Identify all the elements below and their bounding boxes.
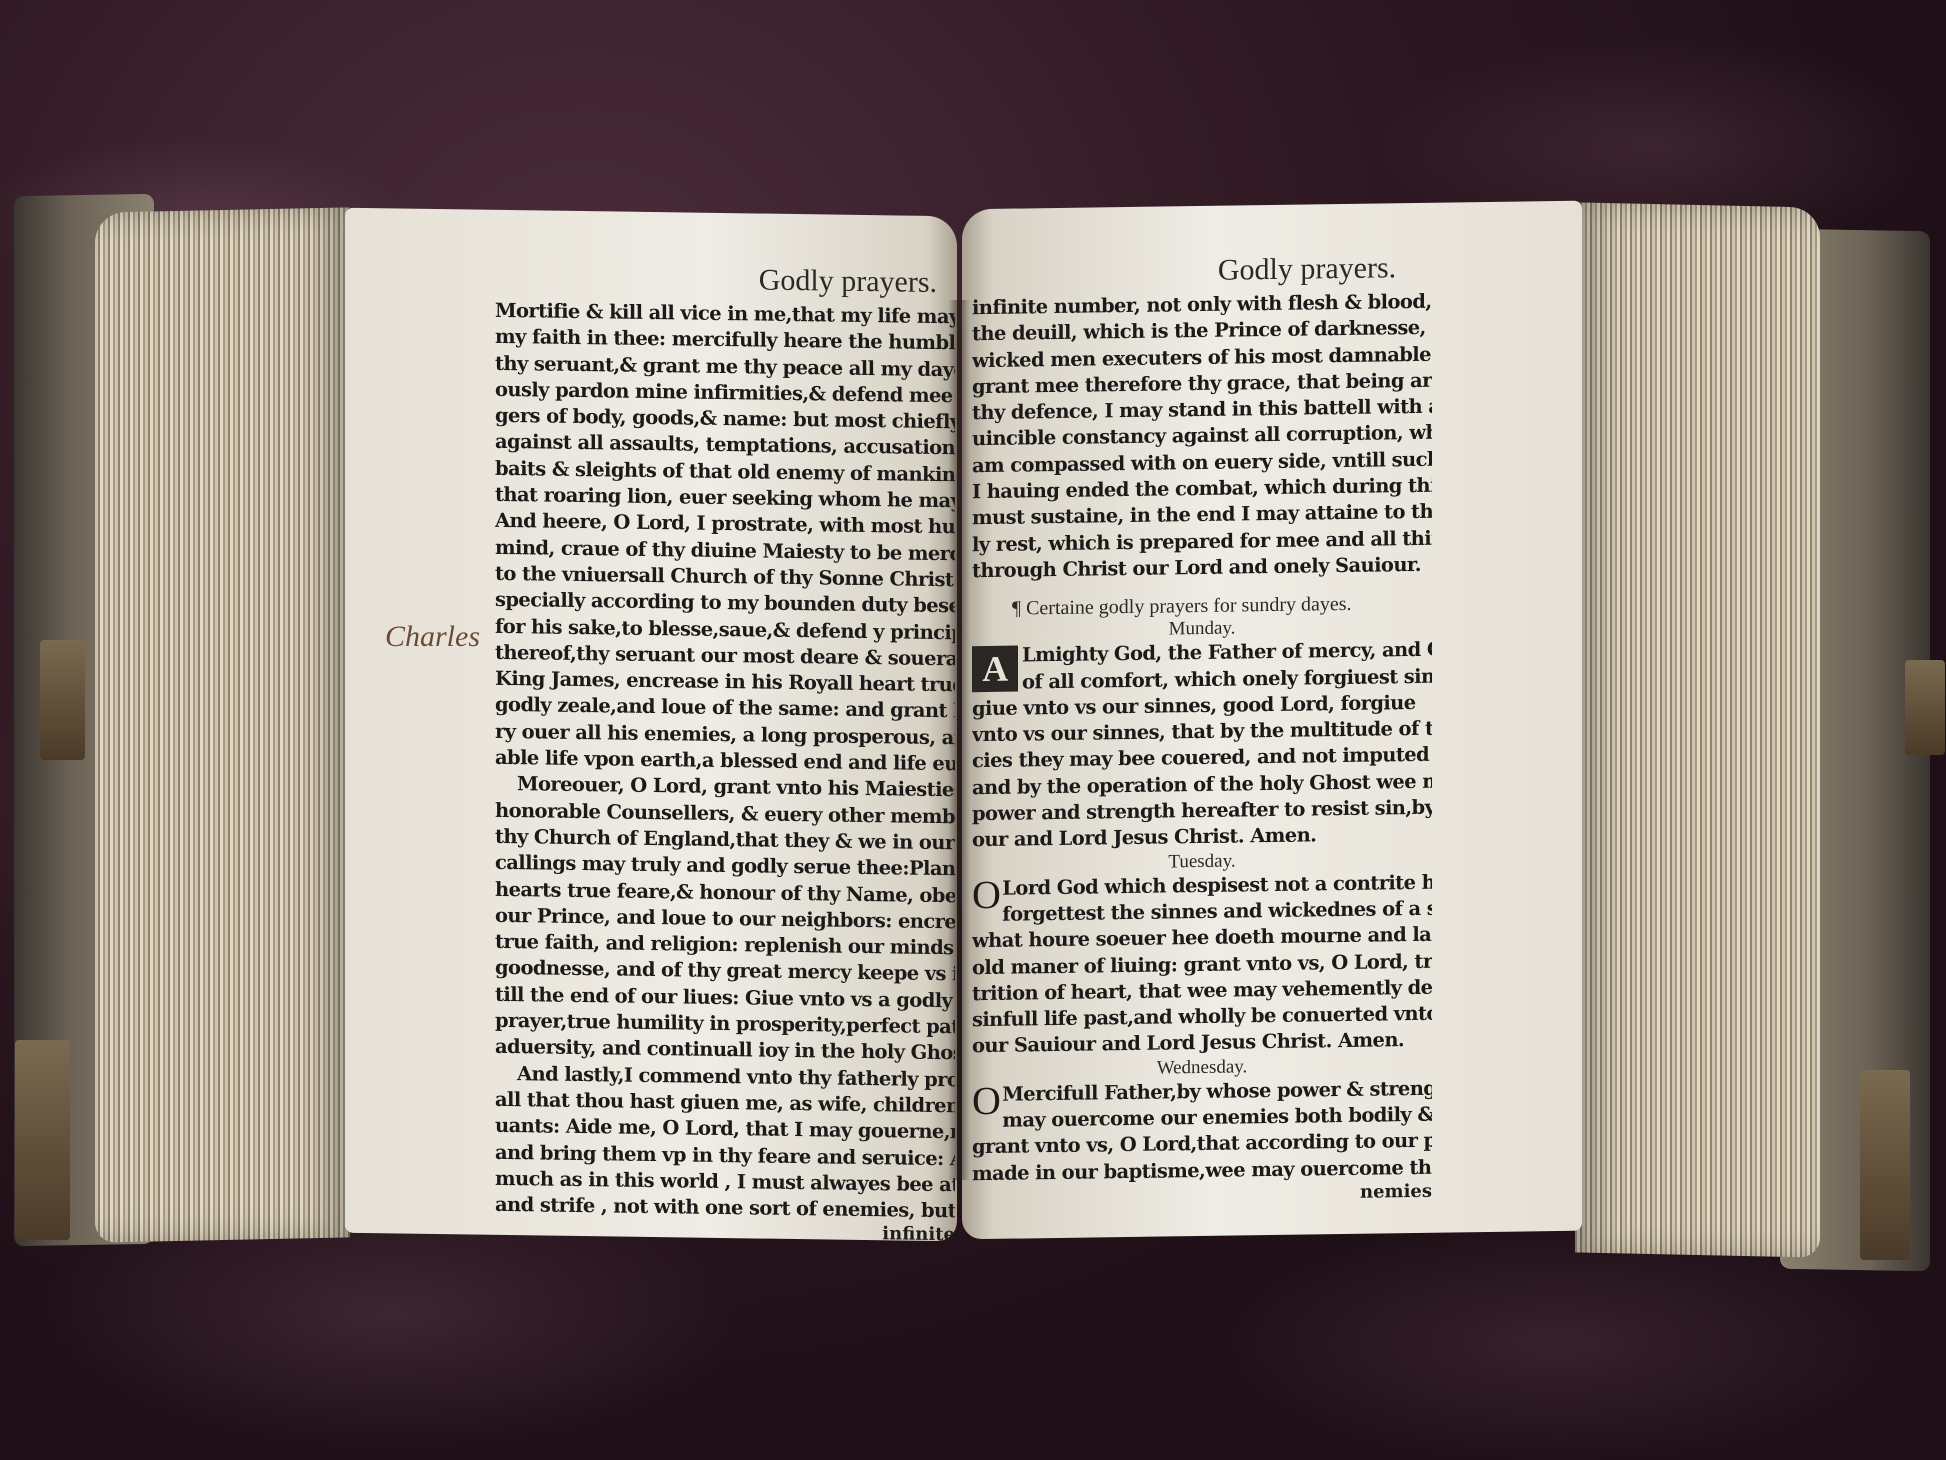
wednesday-prayer: O Mercifull Father,by whose power & stre… <box>972 1075 1432 1187</box>
clasp-left-bottom <box>15 1040 70 1240</box>
left-page: Godly prayers. Mortifie & kill all vice … <box>345 208 957 1242</box>
right-running-head: Godly prayers. <box>972 249 1582 292</box>
left-running-head: Godly prayers. <box>495 260 957 300</box>
clasp-right-bottom <box>1860 1070 1910 1260</box>
clasp-right-middle <box>1905 660 1945 755</box>
dropcap-o: O <box>972 1082 1000 1120</box>
right-opening-text: infinite number, not only with flesh & b… <box>972 289 1432 585</box>
page-edges-right <box>1575 202 1820 1257</box>
page-edges-left <box>95 207 350 1242</box>
section-title: ¶ Certaine godly prayers for sundry daye… <box>1012 590 1582 621</box>
handwritten-margin-note: Charles <box>385 620 480 654</box>
right-page: Godly prayers. infinite number, not only… <box>962 201 1582 1240</box>
text-line: through Christ our Lord and onely Sauiou… <box>972 552 1432 585</box>
left-page-text: Mortifie & kill all vice in me,that my l… <box>495 298 955 1225</box>
book-gutter-shadow <box>948 300 970 1180</box>
dropcap-o: O <box>972 875 1000 913</box>
tuesday-prayer: O Lord God which despisest not a contrit… <box>972 869 1432 1060</box>
ornamental-dropcap: A <box>972 646 1018 693</box>
monday-prayer: A Lmighty God, the Father of mercy, and … <box>972 637 1432 854</box>
clasp-left-middle <box>40 640 85 760</box>
